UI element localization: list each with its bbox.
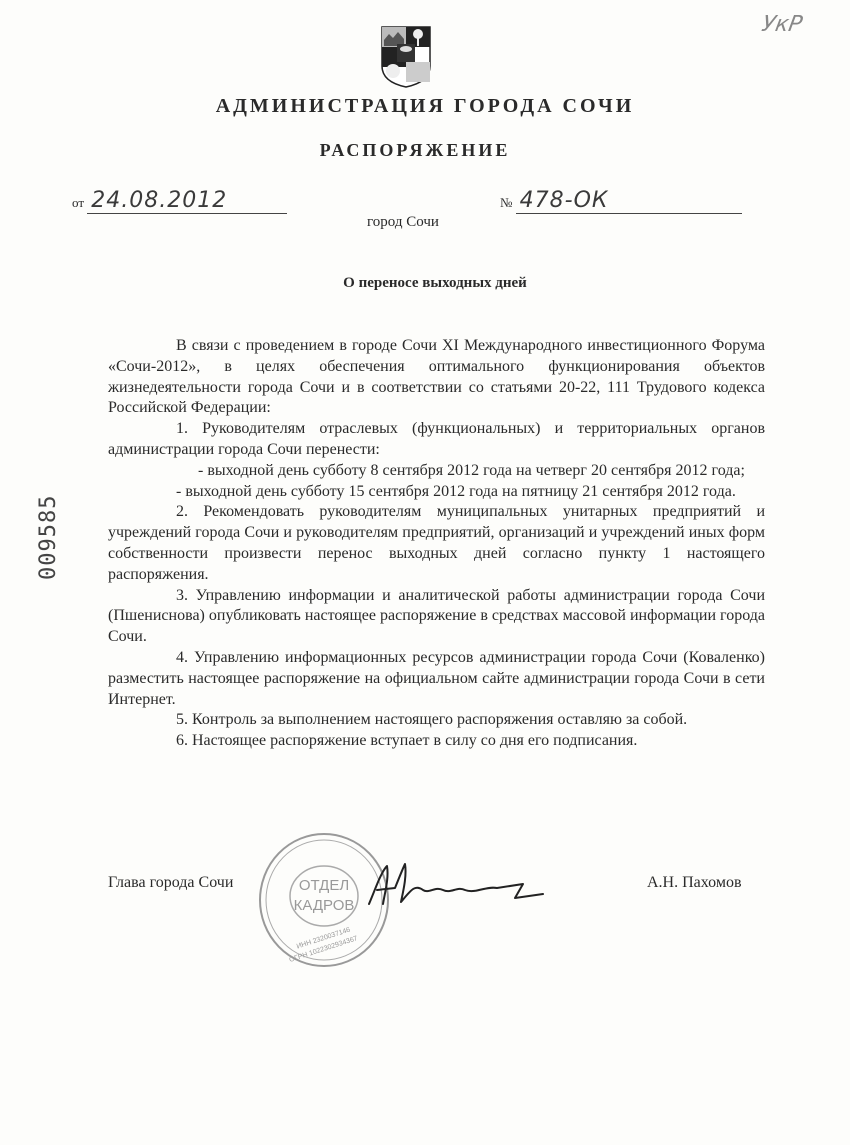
signatory-position: Глава города Сочи [108,874,233,892]
margin-serial-number: 009585 [36,495,61,580]
svg-text:ОТДЕЛ: ОТДЕЛ [299,877,349,894]
item-4: 4. Управлению информационных ресурсов ад… [108,648,765,710]
document-type: РАСПОРЯЖЕНИЕ [0,140,830,161]
number-value: 478-ОК [516,188,742,214]
number-field: № 478-ОК [500,188,742,214]
handwritten-corner-note: УкР [760,12,804,37]
item-1: 1. Руководителям отраслевых (функциональ… [108,419,765,461]
item-1-sub-2: - выходной день субботу 15 сентября 2012… [108,482,765,503]
item-2: 2. Рекомендовать руководителям муниципал… [108,502,765,585]
date-prefix: от [72,195,84,210]
organization-title: АДМИНИСТРАЦИЯ ГОРОДА СОЧИ [0,95,850,118]
svg-text:КАДРОВ: КАДРОВ [294,897,355,914]
document-body: В связи с проведением в городе Сочи XI М… [108,336,765,752]
item-1-sub-1: - выходной день субботу 8 сентября 2012 … [108,461,765,482]
item-5: 5. Контроль за выполнением настоящего ра… [108,710,765,731]
city: город Сочи [0,214,806,231]
signatory-name: А.Н. Пахомов [647,874,742,892]
item-3: 3. Управлению информации и аналитической… [108,586,765,648]
date-value: 24.08.2012 [87,188,287,214]
subject-title: О переносе выходных дней [0,275,850,292]
preamble: В связи с проведением в городе Сочи XI М… [108,336,765,419]
item-6: 6. Настоящее распоряжение вступает в сил… [108,731,765,752]
coat-of-arms-icon [381,26,431,88]
handwritten-signature [365,860,550,910]
date-field: от 24.08.2012 [72,188,287,214]
number-prefix: № [500,195,512,210]
